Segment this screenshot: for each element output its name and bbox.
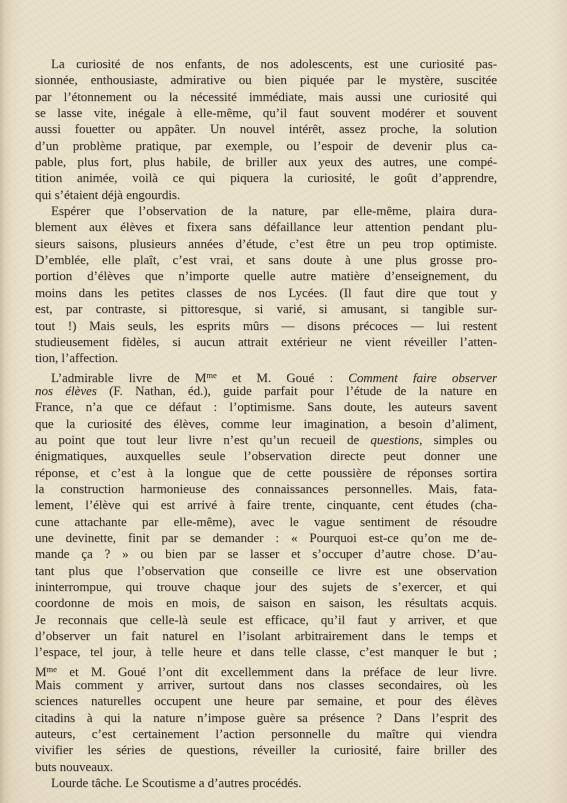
body-text: (F. Nathan, éd.), guide parfait pour l’é…: [97, 383, 497, 398]
text-line: l’espace, tel jour, à telle heure et dan…: [35, 644, 497, 660]
text-line: tant plus que l’observation que conseill…: [35, 563, 497, 579]
text-line: Je reconnais que celle-là seule est effi…: [35, 612, 497, 628]
scan-shadow-right: [549, 0, 567, 803]
text-line: Espérer que l’observation de la nature, …: [35, 203, 497, 219]
body-text: se lasse vite, inégale à elle-même, qu’i…: [35, 105, 497, 120]
superscript-text: me: [47, 664, 57, 674]
body-text: L’admirable livre de M: [51, 370, 206, 383]
body-text: tion, l’affection.: [35, 350, 118, 365]
italic-text: questions: [370, 432, 419, 447]
text-line: nos élèves (F. Nathan, éd.), guide parfa…: [35, 383, 497, 399]
body-text: tant plus que l’observation que conseill…: [35, 563, 497, 578]
text-line: d’un problème pratique, par exemple, ou …: [35, 138, 497, 154]
body-text: énigmatiques, auxquelles seule l’observa…: [35, 448, 497, 463]
text-line: pable, plus fort, plus habile, de brille…: [35, 154, 497, 170]
body-text: vivifier les séries de questions, réveil…: [35, 742, 497, 757]
text-line: France, n’a que ce défaut : l’optimisme.…: [35, 399, 497, 415]
text-line: une devinette, finit par se demander : «…: [35, 530, 497, 546]
body-text: D’emblée, elle plaît, c’est vrai, et san…: [35, 252, 497, 267]
text-line: lement, l’élève qui est arrivé à faire t…: [35, 497, 497, 513]
text-line: blement aux élèves et fixera sans défail…: [35, 219, 497, 235]
text-line: La curiosité de nos enfants, de nos adol…: [35, 56, 497, 72]
body-text: d’un problème pratique, par exemple, ou …: [35, 138, 497, 153]
text-line: réponse, et c’est à la longue que de cet…: [35, 465, 497, 481]
body-text: la construction harmonieuse des connaiss…: [35, 481, 497, 496]
text-line: tition animée, voilà ce qui piquera la c…: [35, 170, 497, 186]
body-text: sionnée, enthousiaste, admirative ou bie…: [35, 72, 497, 87]
paragraph: L’admirable livre de Mme et M. Goué : Co…: [35, 367, 497, 776]
body-text: ininterrompue, qui trouve chaque jour de…: [35, 579, 497, 594]
body-text: et M. Goué l’ont dit excellemment dans l…: [57, 664, 497, 677]
body-text: pable, plus fort, plus habile, de brille…: [35, 154, 497, 169]
text-line: vivifier les séries de questions, réveil…: [35, 742, 497, 758]
body-text: une devinette, finit par se demander : «…: [35, 530, 497, 545]
body-text: par l’étonnement ou la nécessité immédia…: [35, 89, 497, 104]
text-line: ininterrompue, qui trouve chaque jour de…: [35, 579, 497, 595]
body-text: , simples ou: [419, 432, 497, 447]
body-text: au point que tout leur livre n’est qu’un…: [35, 432, 370, 447]
page-text: La curiosité de nos enfants, de nos adol…: [35, 56, 497, 791]
text-line: studieusement fidèles, si aucun attrait …: [35, 334, 497, 350]
body-text: qui s’étaient déjà engourdis.: [35, 187, 180, 202]
text-line: auteurs, c’est certainement l’action per…: [35, 726, 497, 742]
body-text: Lourde tâche. Le Scoutisme a d’autres pr…: [51, 775, 301, 790]
paragraph: La curiosité de nos enfants, de nos adol…: [35, 56, 497, 203]
text-line: sciences naturelles occupent une heure p…: [35, 693, 497, 709]
body-text: réponse, et c’est à la longue que de cet…: [35, 465, 497, 480]
body-text: l’espace, tel jour, à telle heure et dan…: [35, 644, 497, 659]
text-line: Mais comment y arriver, surtout dans nos…: [35, 677, 497, 693]
text-line: d’observer un fait naturel en l’isolant …: [35, 628, 497, 644]
body-text: sieurs saisons, plusieurs années d’étude…: [35, 236, 497, 251]
body-text: Mais comment y arriver, surtout dans nos…: [35, 677, 497, 692]
body-text: mande ça ? » ou bien par se lasser et s’…: [35, 546, 497, 561]
text-line: que la curiosité des élèves, comme leur …: [35, 416, 497, 432]
body-text: que la curiosité des élèves, comme leur …: [35, 416, 497, 431]
text-line: la construction harmonieuse des connaiss…: [35, 481, 497, 497]
body-text: M: [35, 664, 47, 677]
text-line: citadins à qui la nature n’impose guère …: [35, 710, 497, 726]
body-text: lement, l’élève qui est arrivé à faire t…: [35, 497, 497, 512]
body-text: citadins à qui la nature n’impose guère …: [35, 710, 497, 725]
body-text: tout !) Mais seuls, les esprits mûrs — d…: [35, 318, 497, 333]
text-line: moins dans les petites classes de nos Ly…: [35, 285, 497, 301]
body-text: sciences naturelles occupent une heure p…: [35, 693, 497, 708]
text-line: qui s’étaient déjà engourdis.: [35, 187, 497, 203]
paragraph: Lourde tâche. Le Scoutisme a d’autres pr…: [35, 775, 497, 791]
body-text: d’observer un fait naturel en l’isolant …: [35, 628, 497, 643]
superscript-text: me: [206, 370, 216, 380]
text-line: cune attachante par elle-même), avec le …: [35, 514, 497, 530]
text-line: mande ça ? » ou bien par se lasser et s’…: [35, 546, 497, 562]
text-line: sionnée, enthousiaste, admirative ou bie…: [35, 72, 497, 88]
italic-text: nos élèves: [35, 383, 97, 398]
body-text: moins dans les petites classes de nos Ly…: [35, 285, 497, 300]
text-line: au point que tout leur livre n’est qu’un…: [35, 432, 497, 448]
body-text: aussi fouetter ou appâter. Un nouvel int…: [35, 121, 497, 136]
body-text: Espérer que l’observation de la nature, …: [51, 203, 497, 218]
text-line: par l’étonnement ou la nécessité immédia…: [35, 89, 497, 105]
body-text: coordonne de mois en mois, de saison en …: [35, 595, 497, 610]
text-line: D’emblée, elle plaît, c’est vrai, et san…: [35, 252, 497, 268]
text-line: L’admirable livre de Mme et M. Goué : Co…: [35, 367, 497, 383]
scan-shadow-left: [0, 0, 26, 803]
body-text: portion d’élèves que n’importe quelle au…: [35, 268, 497, 283]
book-page: La curiosité de nos enfants, de nos adol…: [0, 0, 567, 803]
body-text: blement aux élèves et fixera sans défail…: [35, 219, 497, 234]
text-line: coordonne de mois en mois, de saison en …: [35, 595, 497, 611]
text-line: Lourde tâche. Le Scoutisme a d’autres pr…: [35, 775, 497, 791]
paragraph: Espérer que l’observation de la nature, …: [35, 203, 497, 366]
italic-text: Comment faire observer: [348, 370, 497, 383]
text-line: aussi fouetter ou appâter. Un nouvel int…: [35, 121, 497, 137]
body-text: cune attachante par elle-même), avec le …: [35, 514, 497, 529]
text-line: Mme et M. Goué l’ont dit excellemment da…: [35, 661, 497, 677]
text-line: est, par contraste, si pittoresque, si v…: [35, 301, 497, 317]
body-text: est, par contraste, si pittoresque, si v…: [35, 301, 497, 316]
body-text: tition animée, voilà ce qui piquera la c…: [35, 170, 497, 185]
text-line: portion d’élèves que n’importe quelle au…: [35, 268, 497, 284]
text-line: tout !) Mais seuls, les esprits mûrs — d…: [35, 318, 497, 334]
body-text: et M. Goué :: [217, 370, 348, 383]
text-line: sieurs saisons, plusieurs années d’étude…: [35, 236, 497, 252]
text-line: tion, l’affection.: [35, 350, 497, 366]
text-line: buts nouveaux.: [35, 759, 497, 775]
body-text: La curiosité de nos enfants, de nos adol…: [51, 56, 497, 71]
body-text: France, n’a que ce défaut : l’optimisme.…: [35, 399, 497, 414]
text-line: se lasse vite, inégale à elle-même, qu’i…: [35, 105, 497, 121]
body-text: studieusement fidèles, si aucun attrait …: [35, 334, 497, 349]
text-line: énigmatiques, auxquelles seule l’observa…: [35, 448, 497, 464]
body-text: Je reconnais que celle-là seule est effi…: [35, 612, 497, 627]
body-text: buts nouveaux.: [35, 759, 113, 774]
body-text: auteurs, c’est certainement l’action per…: [35, 726, 497, 741]
